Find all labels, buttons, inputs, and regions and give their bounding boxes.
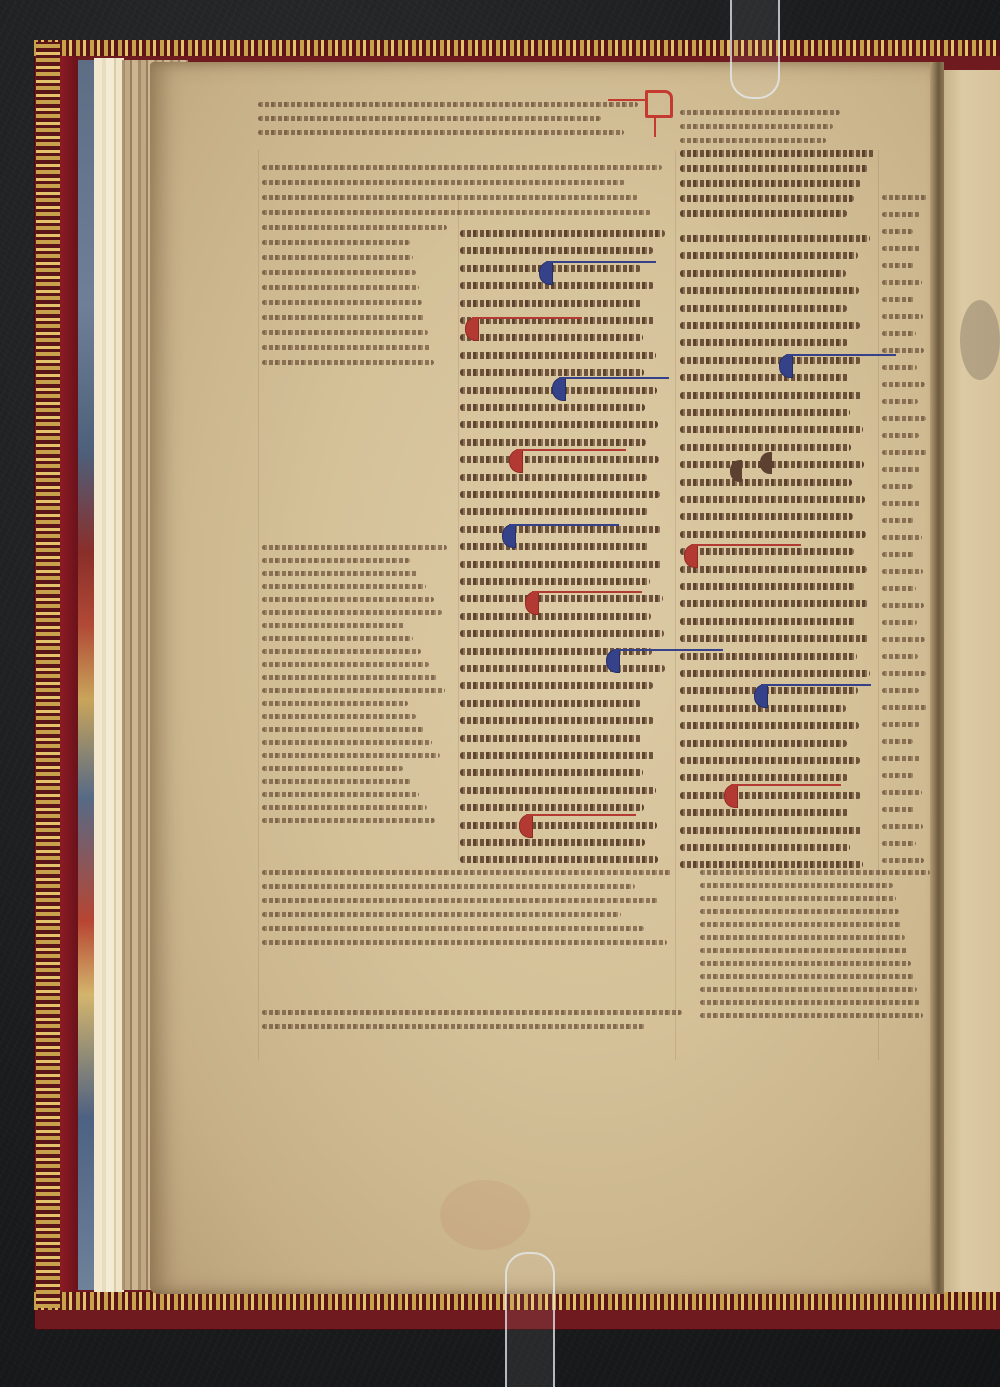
right-gloss-line <box>882 433 919 438</box>
column-b-line <box>680 426 863 433</box>
ruling-line <box>258 150 259 1060</box>
left-gloss-2-line <box>262 545 447 550</box>
gutter <box>930 62 944 1294</box>
column-b-line <box>680 287 859 294</box>
column-a-line <box>460 491 660 498</box>
right-gloss-line <box>882 586 916 591</box>
blue-paragraph-mark-icon <box>540 262 552 284</box>
column-b-line <box>680 305 847 312</box>
bottom-gloss-right-line <box>700 987 917 992</box>
column-b-line <box>680 461 864 468</box>
column-b-line <box>680 583 855 590</box>
ruling-line <box>675 150 676 1060</box>
column-a-line <box>460 856 658 863</box>
left-gloss-2-line <box>262 779 411 784</box>
page-clip-top <box>730 0 780 99</box>
stain <box>960 300 1000 380</box>
bottom-gloss-right-line <box>700 948 908 953</box>
right-gloss-line <box>882 314 923 319</box>
top-gloss-line <box>258 130 624 135</box>
column-b-line <box>680 809 849 816</box>
column-a-line <box>460 717 654 724</box>
left-gloss-2-line <box>262 792 419 797</box>
bottom-gloss-right-line <box>700 896 896 901</box>
left-gloss-1-line <box>262 360 434 365</box>
left-gloss-2-line <box>262 571 418 576</box>
blue-paragraph-mark-icon <box>780 355 792 377</box>
right-gloss-line <box>882 620 917 625</box>
column-a-line <box>460 508 648 515</box>
stain <box>440 1180 530 1250</box>
left-gloss-2-line <box>262 558 410 563</box>
pen-flourish <box>613 649 723 651</box>
column-a-line <box>460 247 653 254</box>
right-gloss-line <box>882 416 926 421</box>
column-b-line <box>680 322 860 329</box>
right-gloss-line <box>882 739 913 744</box>
top-gloss-right-line <box>680 110 840 115</box>
gilt-border-top <box>34 40 1000 56</box>
pen-flourish <box>526 814 636 816</box>
gilt-border-left <box>36 42 60 1308</box>
left-gloss-1-line <box>262 225 447 230</box>
bottom-gloss-right-line <box>700 974 914 979</box>
red-paragraph-mark-icon <box>685 545 697 567</box>
left-gloss-2-line <box>262 610 442 615</box>
left-gloss-1-line <box>262 240 410 245</box>
top-gloss-right-line <box>680 138 826 143</box>
red-initial-f <box>645 90 673 118</box>
brown-paragraph-mark-icon <box>730 460 742 482</box>
column-a-line <box>460 613 651 620</box>
column-b-line <box>680 357 861 364</box>
bottom-gloss-line <box>262 870 672 875</box>
top-gloss-line <box>258 116 601 121</box>
left-gloss-1-line <box>262 300 422 305</box>
left-gloss-1-line <box>262 315 425 320</box>
right-gloss-line <box>882 552 915 557</box>
brown-paragraph-mark-icon <box>760 452 772 474</box>
column-b-line <box>680 270 846 277</box>
right-gloss-line <box>882 518 914 523</box>
bottom-gloss-right-line <box>700 961 911 966</box>
left-gloss-2-line <box>262 727 424 732</box>
gloss-head-right-line <box>680 195 854 202</box>
column-a-line <box>460 300 642 307</box>
column-a-line <box>460 334 643 341</box>
column-a-line <box>460 456 659 463</box>
column-b-line <box>680 618 856 625</box>
left-gloss-2-line <box>262 649 421 654</box>
right-gloss-line <box>882 569 923 574</box>
column-b-line <box>680 687 858 694</box>
bottom-gloss-right-line <box>700 922 902 927</box>
pen-flourish <box>559 377 669 379</box>
column-a-line <box>460 421 658 428</box>
left-gloss-2-line <box>262 688 445 693</box>
pen-flourish <box>472 317 582 319</box>
column-b-line <box>680 392 862 399</box>
gloss-head-right-line <box>680 150 875 157</box>
flyleaves <box>94 58 124 1292</box>
column-a-line <box>460 352 656 359</box>
gloss-head-line <box>262 165 662 170</box>
column-b-line <box>680 496 865 503</box>
bottom-gloss-line <box>262 898 658 903</box>
red-paragraph-mark-icon <box>526 592 538 614</box>
column-a-line <box>460 787 656 794</box>
column-b-line <box>680 339 848 346</box>
column-b-line <box>680 635 869 642</box>
right-gloss-line <box>882 263 914 268</box>
left-gloss-2-line <box>262 662 429 667</box>
leather-turn-in <box>60 56 78 1292</box>
column-a-line <box>460 561 662 568</box>
marbled-endpaper <box>78 60 94 1290</box>
pen-flourish <box>691 544 801 546</box>
gloss-head-right-line <box>680 180 861 187</box>
column-a-line <box>460 595 663 602</box>
pen-flourish <box>731 784 841 786</box>
left-gloss-1-line <box>262 330 428 335</box>
column-b-line <box>680 757 860 764</box>
column-b-line <box>680 740 847 747</box>
column-b-line <box>680 374 849 381</box>
column-b-line <box>680 722 859 729</box>
left-gloss-2-line <box>262 805 427 810</box>
bottom-gloss-line <box>262 912 621 917</box>
right-gloss-line <box>882 756 921 761</box>
right-gloss-line <box>882 603 924 608</box>
column-a-line <box>460 804 644 811</box>
blue-paragraph-mark-icon <box>755 685 767 707</box>
column-a-line <box>460 700 641 707</box>
right-gloss-line <box>882 705 927 710</box>
left-gloss-2-line <box>262 740 432 745</box>
left-gloss-1-line <box>262 270 416 275</box>
bottom-gloss-right-line <box>700 1013 923 1018</box>
left-gloss-2-line <box>262 753 440 758</box>
right-gloss-line <box>882 501 921 506</box>
pen-flourish <box>546 261 656 263</box>
left-gloss-2-line <box>262 584 426 589</box>
bottom-gloss-right-line <box>700 909 899 914</box>
left-gloss-2-line <box>262 623 405 628</box>
column-b-line <box>680 600 868 607</box>
blue-paragraph-mark-icon <box>553 378 565 400</box>
bottom-gloss-2-line <box>262 1024 645 1029</box>
pen-flourish <box>786 354 896 356</box>
column-a-line <box>460 769 643 776</box>
right-gloss-line <box>882 807 915 812</box>
pen-flourish <box>516 449 626 451</box>
left-gloss-1-line <box>262 255 413 260</box>
right-gloss-line <box>882 467 920 472</box>
bottom-gloss-right-line <box>700 870 930 875</box>
column-a-line <box>460 404 645 411</box>
column-a-line <box>460 752 655 759</box>
column-a-line <box>460 822 657 829</box>
column-a-line <box>460 578 650 585</box>
column-b-line <box>680 479 852 486</box>
blue-paragraph-mark-icon <box>607 650 619 672</box>
column-a-line <box>460 282 654 289</box>
left-gloss-2-line <box>262 636 413 641</box>
column-a-line <box>460 839 645 846</box>
right-gloss-line <box>882 246 921 251</box>
column-b-line <box>680 548 854 555</box>
column-a-line <box>460 543 649 550</box>
right-gloss-line <box>882 297 915 302</box>
column-a-line <box>460 735 642 742</box>
right-gloss-line <box>882 212 920 217</box>
gloss-head-line <box>262 210 651 215</box>
right-gloss-line <box>882 365 917 370</box>
column-b-line <box>680 566 867 573</box>
left-gloss-2-line <box>262 597 434 602</box>
column-a-line <box>460 630 664 637</box>
column-b-line <box>680 792 861 799</box>
gloss-head-right-line <box>680 165 868 172</box>
bottom-gloss-line <box>262 940 667 945</box>
column-a-line <box>460 526 661 533</box>
top-gloss-right-line <box>680 124 833 129</box>
right-gloss-line <box>882 450 927 455</box>
left-gloss-2-line <box>262 714 416 719</box>
right-gloss-line <box>882 773 914 778</box>
blue-paragraph-mark-icon <box>503 525 515 547</box>
bottom-gloss-right-line <box>700 1000 920 1005</box>
right-gloss-line <box>882 824 923 829</box>
right-gloss-line <box>882 654 918 659</box>
column-b-line <box>680 861 863 868</box>
right-gloss-line <box>882 790 922 795</box>
pen-flourish <box>532 591 642 593</box>
column-b-line <box>680 670 870 677</box>
right-gloss-line <box>882 637 925 642</box>
pen-flourish <box>509 524 619 526</box>
bottom-gloss-right-line <box>700 883 893 888</box>
column-b-line <box>680 827 862 834</box>
ruling-line <box>458 200 459 860</box>
left-gloss-1-line <box>262 345 431 350</box>
bottom-gloss-line <box>262 884 635 889</box>
red-paragraph-mark-icon <box>510 450 522 472</box>
bottom-gloss-line <box>262 926 644 931</box>
red-paragraph-mark-icon <box>466 318 478 340</box>
column-b-line <box>680 409 850 416</box>
column-b-line <box>680 844 850 851</box>
left-gloss-2-line <box>262 675 437 680</box>
gloss-head-right-line <box>680 210 847 217</box>
pen-flourish <box>761 684 871 686</box>
right-gloss-line <box>882 722 920 727</box>
column-b-line <box>680 252 858 259</box>
right-gloss-line <box>882 858 924 863</box>
right-gloss-line <box>882 348 924 353</box>
right-gloss-line <box>882 671 926 676</box>
right-gloss-line <box>882 535 922 540</box>
column-a-line <box>460 474 647 481</box>
right-gloss-line <box>882 484 913 489</box>
column-a-line <box>460 230 665 237</box>
gloss-head-line <box>262 180 625 185</box>
right-gloss-line <box>882 195 927 200</box>
left-gloss-2-line <box>262 766 403 771</box>
right-gloss-line <box>882 229 913 234</box>
red-paragraph-mark-icon <box>725 785 737 807</box>
bottom-gloss-right-line <box>700 935 905 940</box>
column-b-line <box>680 444 851 451</box>
left-gloss-1-line <box>262 285 419 290</box>
column-a-line <box>460 369 644 376</box>
page-clip-bottom <box>505 1252 555 1387</box>
left-gloss-2-line <box>262 701 408 706</box>
right-gloss-line <box>882 280 922 285</box>
gloss-head-line <box>262 195 638 200</box>
right-gloss-line <box>882 331 916 336</box>
left-gloss-2-line <box>262 818 435 823</box>
right-gloss-line <box>882 841 916 846</box>
facing-recto-page <box>944 70 1000 1292</box>
right-gloss-line <box>882 688 919 693</box>
column-a-line <box>460 665 665 672</box>
red-paragraph-mark-icon <box>520 815 532 837</box>
right-gloss-line <box>882 399 918 404</box>
column-b-line <box>680 531 866 538</box>
column-b-line <box>680 235 870 242</box>
right-gloss-line <box>882 382 925 387</box>
column-a-line <box>460 439 646 446</box>
top-gloss-line <box>258 102 638 107</box>
column-a-line <box>460 682 653 689</box>
column-b-line <box>680 513 853 520</box>
column-b-line <box>680 653 857 660</box>
bottom-gloss-2-line <box>262 1010 682 1015</box>
column-b-line <box>680 774 848 781</box>
